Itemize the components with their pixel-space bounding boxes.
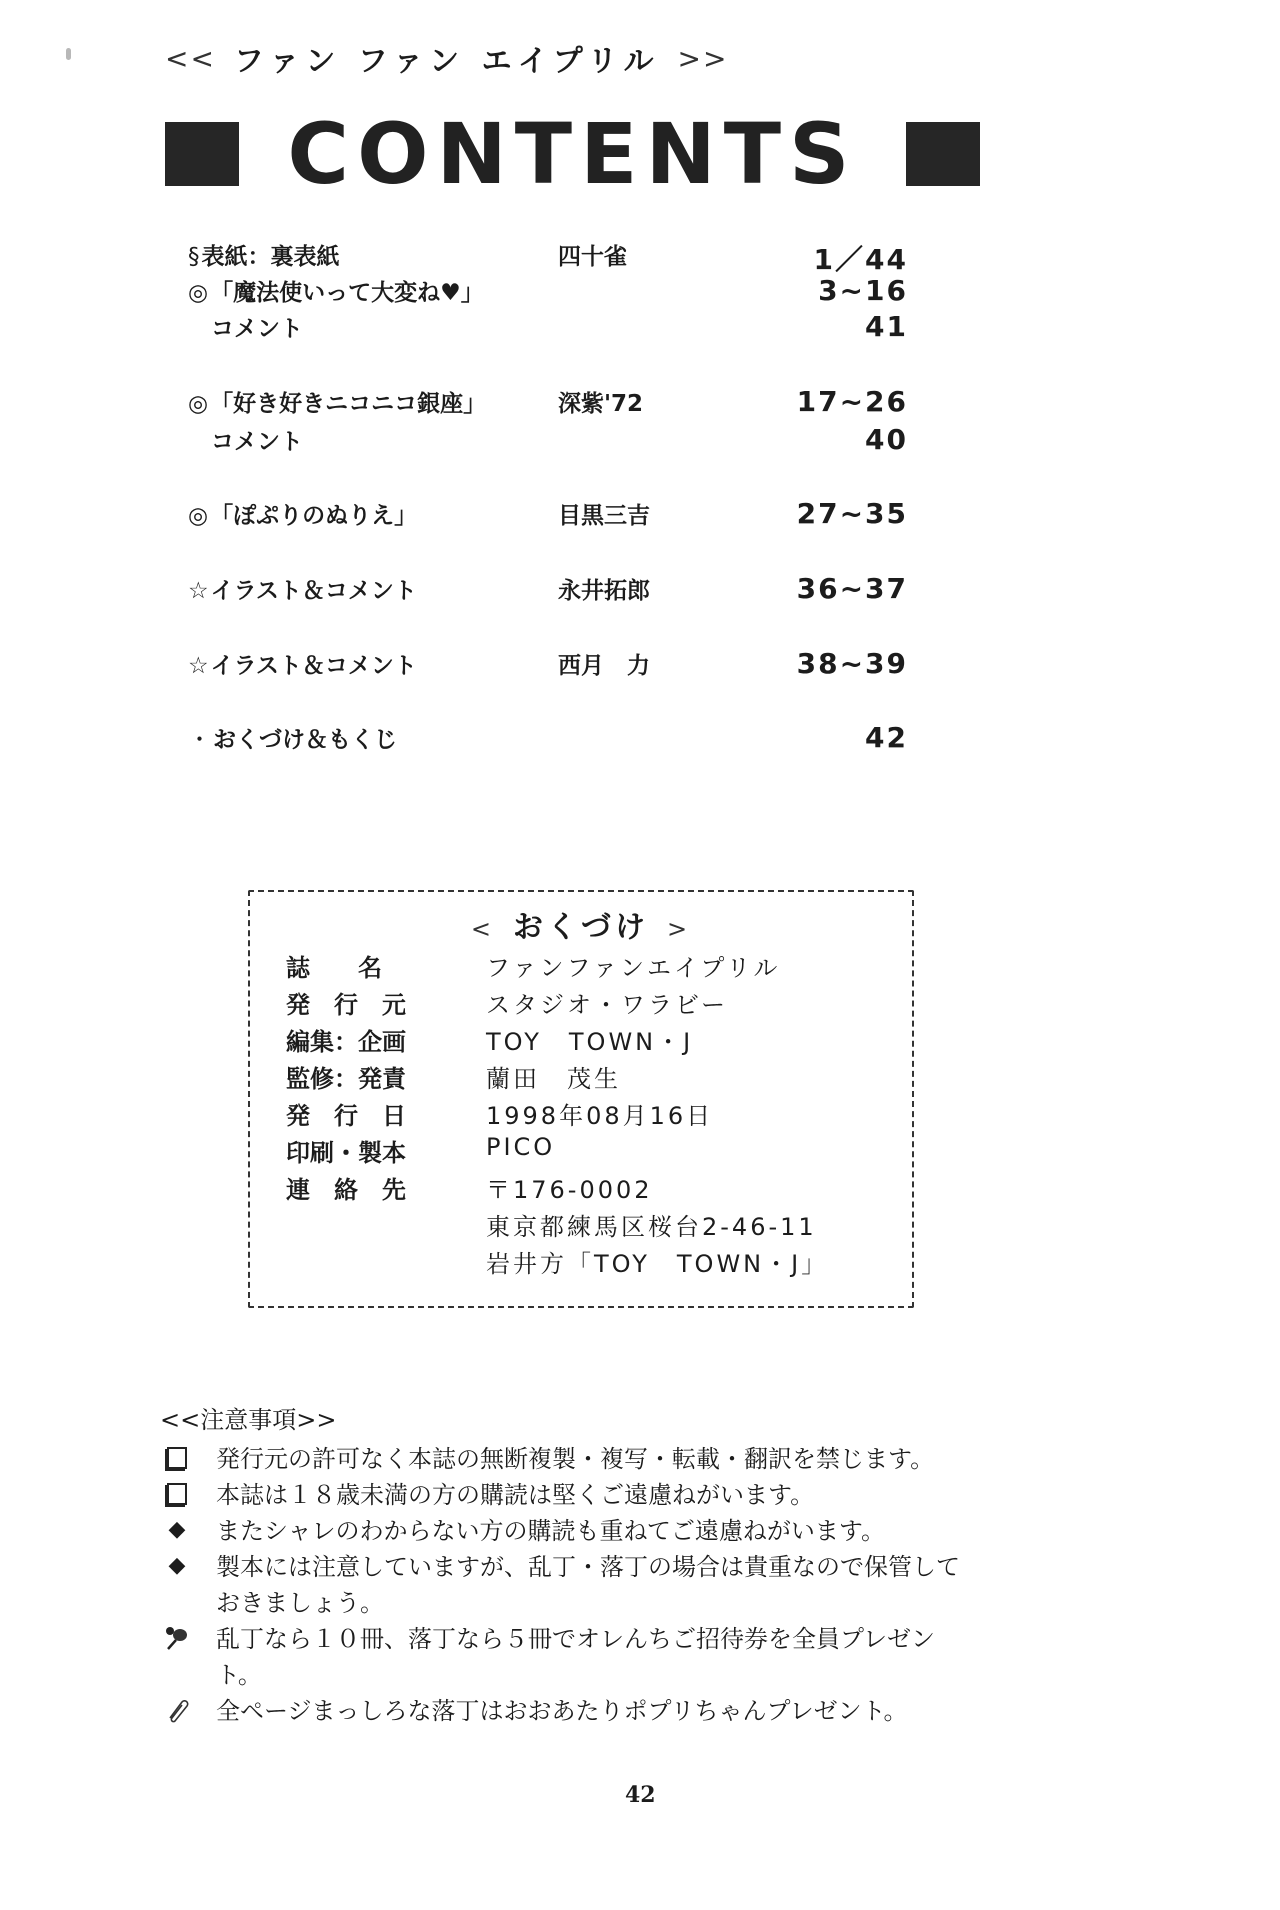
toc-title: おくづけ＆もくじ: [213, 727, 397, 753]
racket-icon: [162, 1623, 192, 1653]
black-square-right-icon: [906, 122, 980, 186]
colophon-value: 岩井方「TOY TOWN・J」: [486, 1244, 828, 1279]
colophon-label: 印刷・製本: [286, 1133, 416, 1168]
notice-text: 製本には注意していますが、乱丁・落丁の場合は貴重なので保管しておきましょう。: [216, 1553, 960, 1617]
colophon-label: 編集：企画: [286, 1022, 416, 1057]
colophon-value: TOY TOWN・J: [486, 1022, 693, 1057]
toc-row: ◎「好き好きニコニコ銀座」 深紫'72 17~26: [188, 385, 908, 419]
page-number: 42: [625, 1782, 656, 1808]
toc-row: §表紙：裏表紙 四十雀 1／44: [188, 238, 908, 272]
notice-text: 本誌は１８歳未満の方の購読は堅くご遠慮ねがいます。: [216, 1481, 814, 1509]
colophon-box: <おくづけ> 誌 名 ファンファンエイプリル 発 行 元 スタジオ・ワラビー 編…: [248, 890, 914, 1308]
toc-row: コメント 41: [188, 310, 908, 344]
notice-item: ◆ 製本には注意していますが、乱丁・落丁の場合は貴重なので保管しておきましょう。: [160, 1549, 1020, 1621]
toc-pages: 36~37: [797, 572, 908, 605]
colophon-title-text: おくづけ: [513, 910, 649, 945]
notice-text: またシャレのわからない方の購読も重ねてご遠慮ねがいます。: [216, 1517, 885, 1545]
notice-item: 発行元の許可なく本誌の無断複製・複写・転載・翻訳を禁じます。: [160, 1441, 1020, 1477]
diamond-icon: ◆: [162, 1515, 192, 1545]
double-circle-icon: ◎: [188, 280, 208, 306]
colophon-label: 誌 名: [286, 948, 416, 983]
colophon-label: 監修：発責: [286, 1059, 416, 1094]
colophon-label: 発 行 日: [286, 1096, 416, 1131]
toc-author: 四十雀: [558, 238, 627, 271]
colophon-value: PICO: [486, 1133, 555, 1161]
toc-row: ◎「魔法使いって大変ね♥」 3~16: [188, 274, 908, 308]
colophon-value: スタジオ・ワラビー: [486, 985, 728, 1020]
toc-pages: 41: [865, 310, 908, 343]
toc-pages: 17~26: [797, 385, 908, 418]
toc-title: イラスト＆コメント: [211, 578, 417, 604]
bracket-left: <: [471, 915, 495, 943]
toc-pages: 3~16: [818, 274, 908, 307]
section-icon: §: [188, 244, 200, 270]
toc-pages: 40: [865, 423, 908, 456]
toc-title: 「ぽぷりのぬりえ」: [210, 503, 417, 529]
colophon-title: <おくづけ>: [250, 902, 912, 946]
toc-author: 目黒三吉: [558, 497, 650, 530]
subtitle-text: ファン ファン エイプリル: [234, 36, 660, 80]
colophon-value: ファンファンエイプリル: [486, 948, 780, 983]
diamond-icon: ◆: [162, 1551, 192, 1581]
checkbox-icon: [162, 1443, 192, 1473]
contents-header: CONTENTS: [165, 120, 980, 188]
toc-author: 深紫'72: [558, 385, 643, 418]
star-icon: ☆: [188, 578, 209, 604]
bracket-right: >: [667, 915, 691, 943]
notice-item: 全ページまっしろな落丁はおおあたりポプリちゃんプレゼント。: [160, 1693, 1020, 1729]
toc-author: 西月 力: [558, 647, 650, 680]
magazine-subtitle: << ファン ファン エイプリル >>: [165, 36, 965, 80]
subtitle-bracket-left: <<: [165, 42, 216, 75]
toc-title: 「好き好きニコニコ銀座」: [210, 391, 486, 417]
toc-pages: 27~35: [797, 497, 908, 530]
toc-pages: 42: [865, 721, 908, 754]
colophon-value: 東京都練馬区桜台2-46-11: [486, 1207, 817, 1242]
notices-heading: <<注意事項>>: [160, 1400, 1020, 1435]
toc-row: ☆イラスト＆コメント 西月 力 38~39: [188, 647, 908, 681]
colophon-value: 1998年08月16日: [486, 1096, 713, 1131]
bullet-icon: ・: [188, 727, 211, 753]
star-icon: ☆: [188, 653, 209, 679]
notice-item: ◆ またシャレのわからない方の購読も重ねてご遠慮ねがいます。: [160, 1513, 1020, 1549]
toc-row: ・おくづけ＆もくじ 42: [188, 721, 908, 755]
colophon-value: 蘭田 茂生: [486, 1059, 621, 1094]
notice-text: 全ページまっしろな落丁はおおあたりポプリちゃんプレゼント。: [216, 1697, 907, 1725]
toc-title: 表紙：裏表紙: [202, 244, 340, 270]
notice-text: 発行元の許可なく本誌の無断複製・複写・転載・翻訳を禁じます。: [216, 1445, 934, 1473]
colophon-value: 〒176-0002: [486, 1170, 653, 1205]
toc-pages: 1／44: [814, 238, 908, 278]
page-title: CONTENTS: [287, 120, 857, 188]
double-circle-icon: ◎: [188, 503, 208, 529]
toc-title: 「魔法使いって大変ね♥」: [210, 280, 484, 306]
black-square-left-icon: [165, 122, 239, 186]
scan-speck: [66, 48, 71, 60]
paperclip-icon: [162, 1695, 192, 1725]
toc-row: コメント 40: [188, 423, 908, 457]
notice-text: 乱丁なら１０冊、落丁なら５冊でオレんちご招待券を全員プレゼント。: [216, 1625, 935, 1689]
notices-section: <<注意事項>> 発行元の許可なく本誌の無断複製・複写・転載・翻訳を禁じます。 …: [160, 1400, 1020, 1729]
colophon-label: 連 絡 先: [286, 1170, 416, 1205]
colophon-label: 発 行 元: [286, 985, 416, 1020]
toc-title: コメント: [188, 429, 303, 455]
toc-row: ◎「ぽぷりのぬりえ」 目黒三吉 27~35: [188, 497, 908, 531]
toc-pages: 38~39: [797, 647, 908, 680]
notice-item: 乱丁なら１０冊、落丁なら５冊でオレんちご招待券を全員プレゼント。: [160, 1621, 1020, 1693]
toc-row: ☆イラスト＆コメント 永井拓郎 36~37: [188, 572, 908, 606]
double-circle-icon: ◎: [188, 391, 208, 417]
subtitle-bracket-right: >>: [678, 42, 729, 75]
toc-title: コメント: [188, 316, 303, 342]
toc-author: 永井拓郎: [558, 572, 650, 605]
notice-item: 本誌は１８歳未満の方の購読は堅くご遠慮ねがいます。: [160, 1477, 1020, 1513]
toc-title: イラスト＆コメント: [211, 653, 417, 679]
checkbox-icon: [162, 1479, 192, 1509]
